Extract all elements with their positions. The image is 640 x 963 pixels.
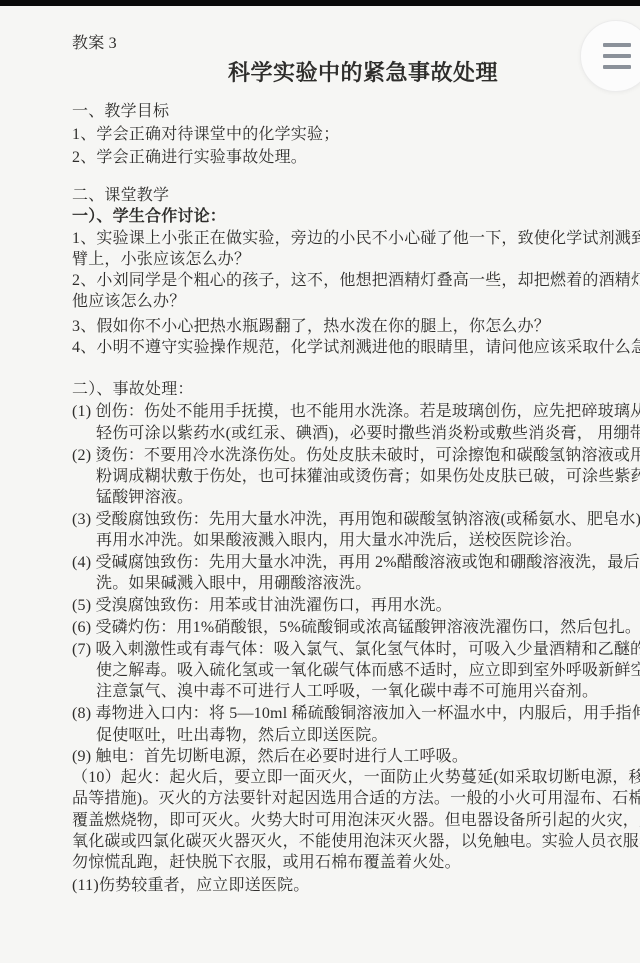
doc-line: 臂上，小张应该怎么办？: [72, 250, 250, 270]
doc-line: 注意氯气、溴中毒不可进行人工呼吸，一氧化碳中毒不可施用兴奋剂。: [96, 682, 598, 702]
doc-line: 洗。如果碱溅入眼中，用硼酸溶液洗。: [96, 574, 371, 594]
doc-line: 一、教学目标: [72, 102, 169, 122]
doc-line: 1、实验课上小张正在做实验，旁边的小民不小心碰了他一下，致使化学试剂溅到小张的手: [72, 229, 640, 249]
top-bar: [0, 0, 640, 6]
doc-line: 3、假如你不小心把热水瓶踢翻了，热水泼在你的腿上，你怎么办？: [72, 317, 550, 337]
doc-line: 二）、事故处理：: [72, 380, 194, 400]
doc-line: 再用水冲洗。如果酸液溅入眼内，用大量水冲洗后，送校医院诊治。: [96, 531, 582, 551]
doc-line: 氧化碳或四氯化碳灭火器灭火，不能使用泡沫灭火器，以免触电。实验人员衣服着火时，切: [72, 832, 640, 852]
doc-line: 二、课堂教学: [72, 186, 169, 206]
doc-line: (7) 吸入刺激性或有毒气体：吸入氯气、氯化氢气体时，可吸入少量酒精和乙醚的混合…: [72, 640, 640, 660]
doc-line: 使之解毒。吸入硫化氢或一氧化碳气体而感不适时，应立即到室外呼吸新鲜空气。但应: [96, 661, 640, 681]
doc-line: (9) 触电：首先切断电源，然后在必要时进行人工呼吸。: [72, 747, 468, 767]
doc-line: 勿惊慌乱跑，赶快脱下衣服，或用石棉布覆盖着火处。: [72, 853, 461, 873]
doc-line: 2、学会正确进行实验事故处理。: [72, 148, 307, 168]
doc-line: (4) 受碱腐蚀致伤：先用大量水冲洗，再用 2%醋酸溶液或饱和硼酸溶液洗，最后再…: [72, 553, 640, 573]
doc-line: 一）、学生合作讨论：: [72, 207, 226, 227]
doc-line: 粉调成糊状敷于伤处，也可抹獾油或烫伤膏；如果伤处皮肤已破，可涂些紫药水或1%高: [96, 467, 640, 487]
doc-line: 轻伤可涂以紫药水(或红汞、碘酒)，必要时撒些消炎粉或敷些消炎膏， 用绷带包扎。: [96, 424, 640, 444]
document-title: 科学实验中的紧急事故处理: [228, 56, 498, 87]
doc-line: 促使呕吐，吐出毒物，然后立即送医院。: [96, 726, 388, 746]
doc-line: (8) 毒物进入口内：将 5—10ml 稀硫酸铜溶液加入一杯温水中，内服后，用手…: [72, 704, 640, 724]
doc-line: 他应该怎么办？: [72, 292, 185, 312]
doc-line: 2、小刘同学是个粗心的孩子，这不，他想把酒精灯叠高一些，却把燃着的酒精灯打翻了，: [72, 271, 640, 291]
document-page: 教案 3 科学实验中的紧急事故处理 一、教学目标 1、学会正确对待课堂中的化学实…: [0, 0, 640, 963]
doc-line: 覆盖燃烧物，即可灭火。火势大时可用泡沫灭火器。但电器设备所引起的火灾，只能使用二: [72, 811, 640, 831]
doc-line: (2) 烫伤：不要用冷水洗涤伤处。伤处皮肤未破时，可涂擦饱和碳酸氢钠溶液或用碳酸…: [72, 446, 640, 466]
doc-line: (11)伤势较重者，应立即送医院。: [72, 876, 309, 896]
doc-line: （10）起火：起火后，要立即一面灭火，一面防止火势蔓延(如采取切断电源，移走易燃…: [72, 768, 640, 788]
doc-label: 教案 3: [72, 34, 117, 54]
doc-line: 锰酸钾溶液。: [96, 488, 193, 508]
doc-line: (1) 创伤：伤处不能用手抚摸，也不能用水洗涤。若是玻璃创伤，应先把碎玻璃从伤处…: [72, 402, 640, 422]
doc-line: 品等措施)。灭火的方法要针对起因选用合适的方法。一般的小火可用湿布、石棉布火砂子: [72, 789, 640, 809]
doc-line: 1、学会正确对待课堂中的化学实验；: [72, 125, 339, 145]
doc-line: (3) 受酸腐蚀致伤：先用大量水冲洗，再用饱和碳酸氢钠溶液(或稀氨水、肥皂水)洗…: [72, 510, 640, 530]
doc-line: 4、小明不遵守实验操作规范，化学试剂溅进他的眼睛里，请问他应该采取什么急救措施？: [72, 338, 640, 358]
doc-line: (6) 受磷灼伤：用1%硝酸银，5%硫酸铜或浓高锰酸钾溶液洗濯伤口，然后包扎。: [72, 618, 640, 638]
doc-line: (5) 受溴腐蚀致伤：用苯或甘油洗濯伤口，再用水洗。: [72, 596, 452, 616]
